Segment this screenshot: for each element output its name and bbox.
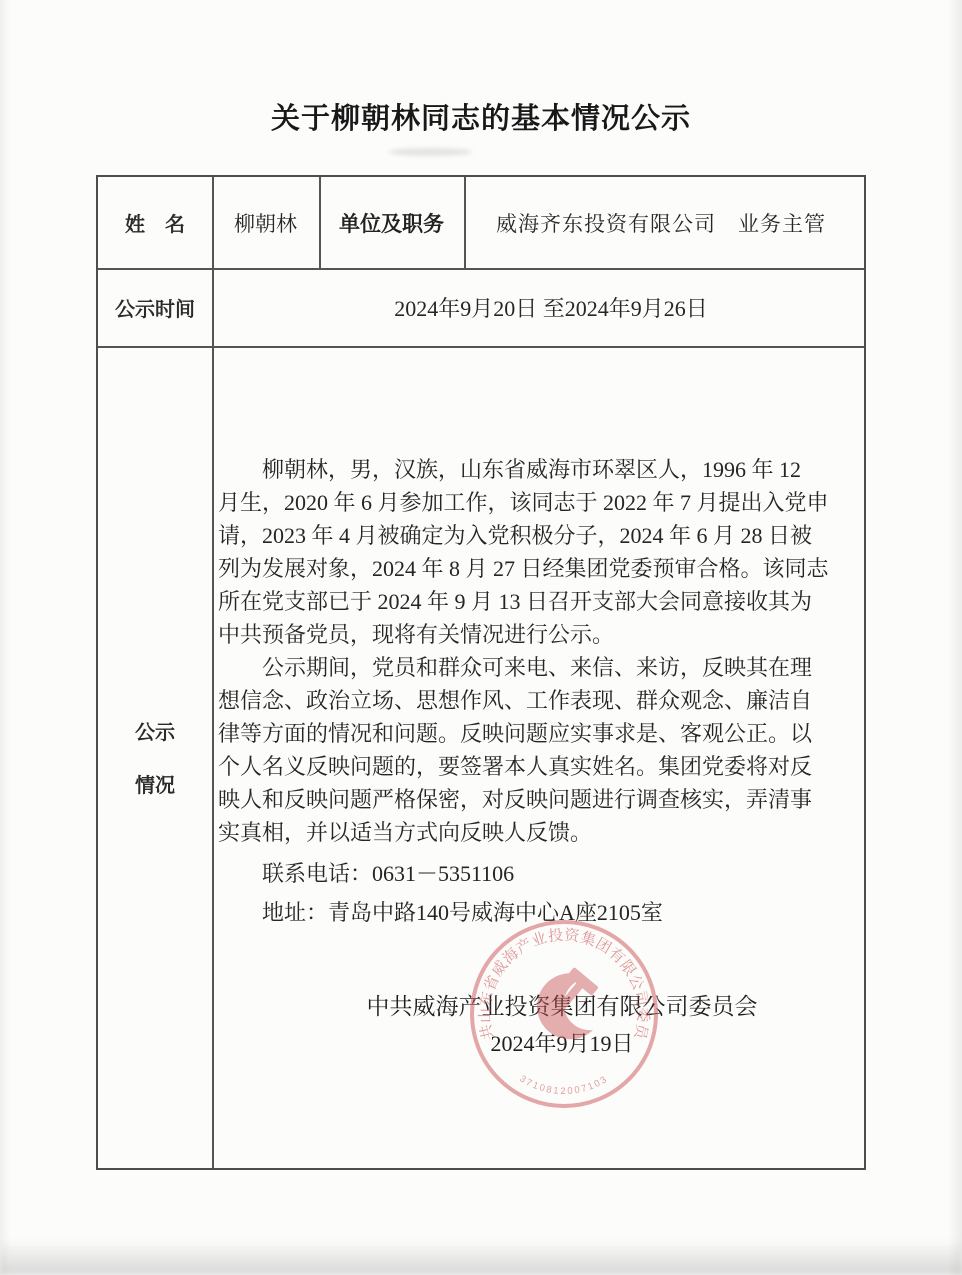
publicity-details-text: 柳朝林，男，汉族，山东省威海市环翠区人，1996 年 12 月生，2020 年 … <box>218 453 862 932</box>
info-table: 姓 名 柳朝林 单位及职务 威海齐东投资有限公司 业务主管 公示时间 2024年… <box>96 175 866 1170</box>
notice-title: 关于柳朝林同志的基本情况公示 <box>0 96 962 137</box>
unit-position-value: 威海齐东投资有限公司 业务主管 <box>464 177 864 268</box>
contact-info: 联系电话：0631－5351106 地址：青岛中路140号威海中心A座2105室 <box>218 854 862 932</box>
table-divider-horizontal-2 <box>98 346 864 348</box>
paragraph-basic-info: 柳朝林，男，汉族，山东省威海市环翠区人，1996 年 12 月生，2020 年 … <box>218 453 862 651</box>
committee-signature: 中共威海产业投资集团有限公司委员会 <box>260 987 864 1025</box>
publicity-period-label: 公示时间 <box>98 268 212 346</box>
signature-block: 中共威海产业投资集团有限公司委员会 2024年9月19日 <box>212 987 864 1063</box>
signature-date: 2024年9月19日 <box>260 1025 864 1063</box>
scan-shadow-left <box>0 0 10 1275</box>
publicity-details-label: 公示 情况 <box>98 707 212 813</box>
notice-document: 关于柳朝林同志的基本情况公示 姓 名 柳朝林 单位及职务 威海齐东投资有限公司 … <box>0 0 962 1275</box>
name-label: 姓 名 <box>98 177 212 268</box>
scan-shadow-right <box>948 0 962 1275</box>
unit-position-label: 单位及职务 <box>319 177 464 268</box>
scan-shadow-bottom <box>0 1239 962 1275</box>
scan-smudge <box>388 148 472 156</box>
publicity-period-value: 2024年9月20日 至2024年9月26日 <box>212 268 864 346</box>
name-value: 柳朝林 <box>212 177 319 268</box>
paragraph-feedback-instructions: 公示期间，党员和群众可来电、来信、来访，反映其在理 想信念、政治立场、思想作风、… <box>218 651 862 849</box>
